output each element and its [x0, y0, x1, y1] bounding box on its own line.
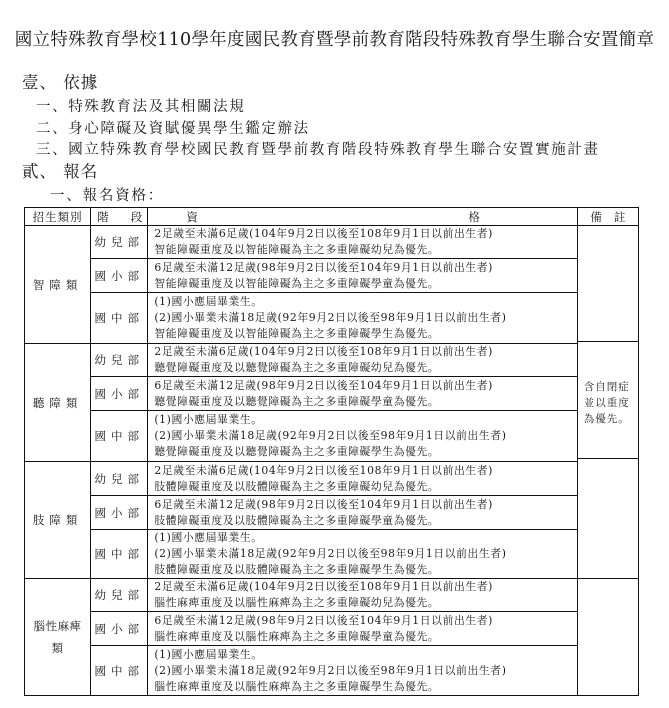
table-row: 國小部 6足歲至未滿12足歲(98年9月2日以後至104年9月1日以前出生者) …: [25, 496, 639, 530]
qualification-cell: 6足歲至未滿12足歲(98年9月2日以後至104年9月1日以前出生者) 腦性麻痺…: [148, 612, 577, 646]
qualification-line: 2足歲至未滿6足歲(104年9月2日以後至108年9月1日以前出生者): [154, 344, 576, 360]
stage-cell: 幼兒部: [91, 226, 148, 259]
section-heading-basis: 壹、 依據: [22, 73, 98, 93]
qualification-cell: 6足歲至未滿12足歲(98年9月2日以後至104年9月1日以前出生者) 聽覺障礙…: [148, 377, 577, 411]
qualification-cell: 6足歲至未滿12足歲(98年9月2日以後至104年9月1日以前出生者) 肢體障礙…: [148, 496, 577, 530]
note-cell: [577, 579, 638, 696]
header-qualification: 資格: [148, 208, 577, 226]
qualification-cell: (1)國小應屆畢業生。 (2)國小畢業未滿18足歲(92年9月2日以後至98年9…: [148, 293, 577, 344]
qualification-cell: 2足歲至未滿6足歲(104年9月2日以後至108年9月1日以前出生者) 智能障礙…: [148, 226, 577, 259]
table-row: 國中部 (1)國小應屆畢業生。 (2)國小畢業未滿18足歲(92年9月2日以後至…: [25, 530, 639, 579]
table-header-row: 招生類別 階段 資格 備註: [25, 208, 639, 226]
basis-item-3: 三、國立特殊教育學校國民教育暨學前教育階段特殊教育學生聯合安置實施計畫: [36, 141, 600, 159]
section-heading-registration: 貳、 報名: [22, 162, 98, 182]
table-row: 國小部 6足歲至未滿12足歲(98年9月2日以後至104年9月1日以前出生者) …: [25, 377, 639, 411]
table-row: 肢障類 幼兒部 2足歲至未滿6足歲(104年9月2日以後至108年9月1日以前出…: [25, 462, 639, 496]
qualification-cell: 2足歲至未滿6足歲(104年9月2日以後至108年9月1日以前出生者) 腦性麻痺…: [148, 579, 577, 612]
note-divider: [577, 341, 639, 342]
qualification-line: (1)國小應屆畢業生。: [154, 647, 576, 663]
category-cell: 聽障類: [25, 344, 91, 462]
qualification-cell: 6足歲至未滿12足歲(98年9月2日以後至104年9月1日以前出生者) 智能障礙…: [148, 259, 577, 293]
qualification-line: 6足歲至未滿12足歲(98年9月2日以後至104年9月1日以前出生者): [154, 260, 576, 276]
header-note-b: 註: [614, 210, 626, 224]
qualification-line: 6足歲至未滿12足歲(98年9月2日以後至104年9月1日以前出生者): [154, 378, 576, 394]
header-stage-b: 段: [131, 210, 143, 224]
category-cell: 肢障類: [25, 462, 91, 579]
qualification-line: 聽覺障礙重度及以聽覺障礙為主之多重障礙學生為優先。: [154, 444, 576, 460]
qualification-line: 2足歲至未滿6足歲(104年9月2日以後至108年9月1日以前出生者): [154, 463, 576, 479]
stage-cell: 國中部: [91, 646, 148, 696]
qualification-cell: (1)國小應屆畢業生。 (2)國小畢業未滿18足歲(92年9月2日以後至98年9…: [148, 646, 577, 696]
qualification-line: 2足歲至未滿6足歲(104年9月2日以後至108年9月1日以前出生者): [154, 226, 576, 242]
table-row: 聽障類 幼兒部 2足歲至未滿6足歲(104年9月2日以後至108年9月1日以前出…: [25, 344, 639, 377]
basis-item-2: 二、身心障礙及資賦優異學生鑑定辦法: [36, 120, 310, 138]
qualification-line: (2)國小畢業未滿18足歲(92年9月2日以後至98年9月1日以前出生者): [154, 663, 576, 679]
qualification-line: 肢體障礙重度及以肢體障礙為主之多重障礙學童為優先。: [154, 513, 576, 529]
qualification-line: 聽覺障礙重度及以聽覺障礙為主之多重障礙幼兒為優先。: [154, 360, 576, 376]
table-row: 腦性麻痺類 幼兒部 2足歲至未滿6足歲(104年9月2日以後至108年9月1日以…: [25, 579, 639, 612]
category-cell: 智障類: [25, 226, 91, 344]
category-cell: 腦性麻痺類: [25, 579, 91, 696]
table-row: 國中部 (1)國小應屆畢業生。 (2)國小畢業未滿18足歲(92年9月2日以後至…: [25, 293, 639, 344]
header-category: 招生類別: [25, 208, 91, 226]
qualification-line: (1)國小應屆畢業生。: [154, 294, 576, 310]
qualification-cell: (1)國小應屆畢業生。 (2)國小畢業未滿18足歲(92年9月2日以後至98年9…: [148, 411, 577, 462]
qualification-line: 2足歲至未滿6足歲(104年9月2日以後至108年9月1日以前出生者): [154, 579, 576, 595]
qualification-line: (2)國小畢業未滿18足歲(92年9月2日以後至98年9月1日以前出生者): [154, 310, 576, 326]
qualification-line: 智能障礙重度及以智能障礙為主之多重障礙學童為優先。: [154, 276, 576, 292]
table-row: 智障類 幼兒部 2足歲至未滿6足歲(104年9月2日以後至108年9月1日以前出…: [25, 226, 639, 259]
header-note: 備註: [577, 208, 638, 226]
registration-qualification-heading: 一、報名資格：: [50, 187, 164, 205]
qualification-line: 腦性麻痺重度及以腦性麻痺為主之多重障礙幼兒為優先。: [154, 595, 576, 611]
note-cell: 含自閉症並以重度為優先。: [577, 226, 638, 579]
stage-cell: 幼兒部: [91, 579, 148, 612]
header-stage: 階段: [91, 208, 148, 226]
qualification-line: 聽覺障礙重度及以聽覺障礙為主之多重障礙學童為優先。: [154, 394, 576, 410]
stage-cell: 國小部: [91, 377, 148, 411]
stage-cell: 幼兒部: [91, 344, 148, 377]
header-stage-a: 階: [97, 210, 109, 224]
stage-cell: 國小部: [91, 496, 148, 530]
table-row: 國小部 6足歲至未滿12足歲(98年9月2日以後至104年9月1日以前出生者) …: [25, 259, 639, 293]
note-divider: [577, 458, 639, 459]
header-qual-a: 資: [186, 209, 198, 225]
qualification-cell: 2足歲至未滿6足歲(104年9月2日以後至108年9月1日以前出生者) 肢體障礙…: [148, 462, 577, 496]
qualification-line: (2)國小畢業未滿18足歲(92年9月2日以後至98年9月1日以前出生者): [154, 546, 576, 562]
qualification-line: (1)國小應屆畢業生。: [154, 530, 576, 546]
stage-cell: 國中部: [91, 293, 148, 344]
qualification-line: 6足歲至未滿12足歲(98年9月2日以後至104年9月1日以前出生者): [154, 613, 576, 629]
document-title: 國立特殊教育學校110學年度國民教育暨學前教育階段特殊教育學生聯合安置簡章: [0, 29, 669, 51]
qualification-line: (1)國小應屆畢業生。: [154, 412, 576, 428]
table-row: 國中部 (1)國小應屆畢業生。 (2)國小畢業未滿18足歲(92年9月2日以後至…: [25, 411, 639, 462]
qualification-table: 招生類別 階段 資格 備註 智障類 幼兒部 2足歲至未滿6足歲(104年9月2日…: [24, 207, 639, 696]
qualification-line: 腦性麻痺重度及以腦性麻痺為主之多重障礙學童為優先。: [154, 629, 576, 645]
basis-item-1: 一、特殊教育法及其相關法規: [36, 98, 245, 116]
header-note-a: 備: [590, 210, 602, 224]
table-row: 國小部 6足歲至未滿12足歲(98年9月2日以後至104年9月1日以前出生者) …: [25, 612, 639, 646]
qualification-line: (2)國小畢業未滿18足歲(92年9月2日以後至98年9月1日以前出生者): [154, 428, 576, 444]
qualification-cell: 2足歲至未滿6足歲(104年9月2日以後至108年9月1日以前出生者) 聽覺障礙…: [148, 344, 577, 377]
stage-cell: 國小部: [91, 259, 148, 293]
qualification-line: 肢體障礙重度及以肢體障礙為主之多重障礙幼兒為優先。: [154, 479, 576, 495]
stage-cell: 國小部: [91, 612, 148, 646]
stage-cell: 幼兒部: [91, 462, 148, 496]
stage-cell: 國中部: [91, 411, 148, 462]
qualification-line: 智能障礙重度及以智能障礙為主之多重障礙學生為優先。: [154, 326, 576, 342]
header-qual-b: 格: [468, 209, 480, 225]
qualification-line: 6足歲至未滿12足歲(98年9月2日以後至104年9月1日以前出生者): [154, 497, 576, 513]
qualification-cell: (1)國小應屆畢業生。 (2)國小畢業未滿18足歲(92年9月2日以後至98年9…: [148, 530, 577, 579]
qualification-line: 腦性麻痺重度及以腦性麻痺為主之多重障礙學生為優先。: [154, 679, 576, 695]
qualification-line: 智能障礙重度及以智能障礙為主之多重障礙幼兒為優先。: [154, 242, 576, 258]
qualification-line: 肢體障礙重度及以肢體障礙為主之多重障礙學生為優先。: [154, 562, 576, 578]
table-row: 國中部 (1)國小應屆畢業生。 (2)國小畢業未滿18足歲(92年9月2日以後至…: [25, 646, 639, 696]
stage-cell: 國中部: [91, 530, 148, 579]
